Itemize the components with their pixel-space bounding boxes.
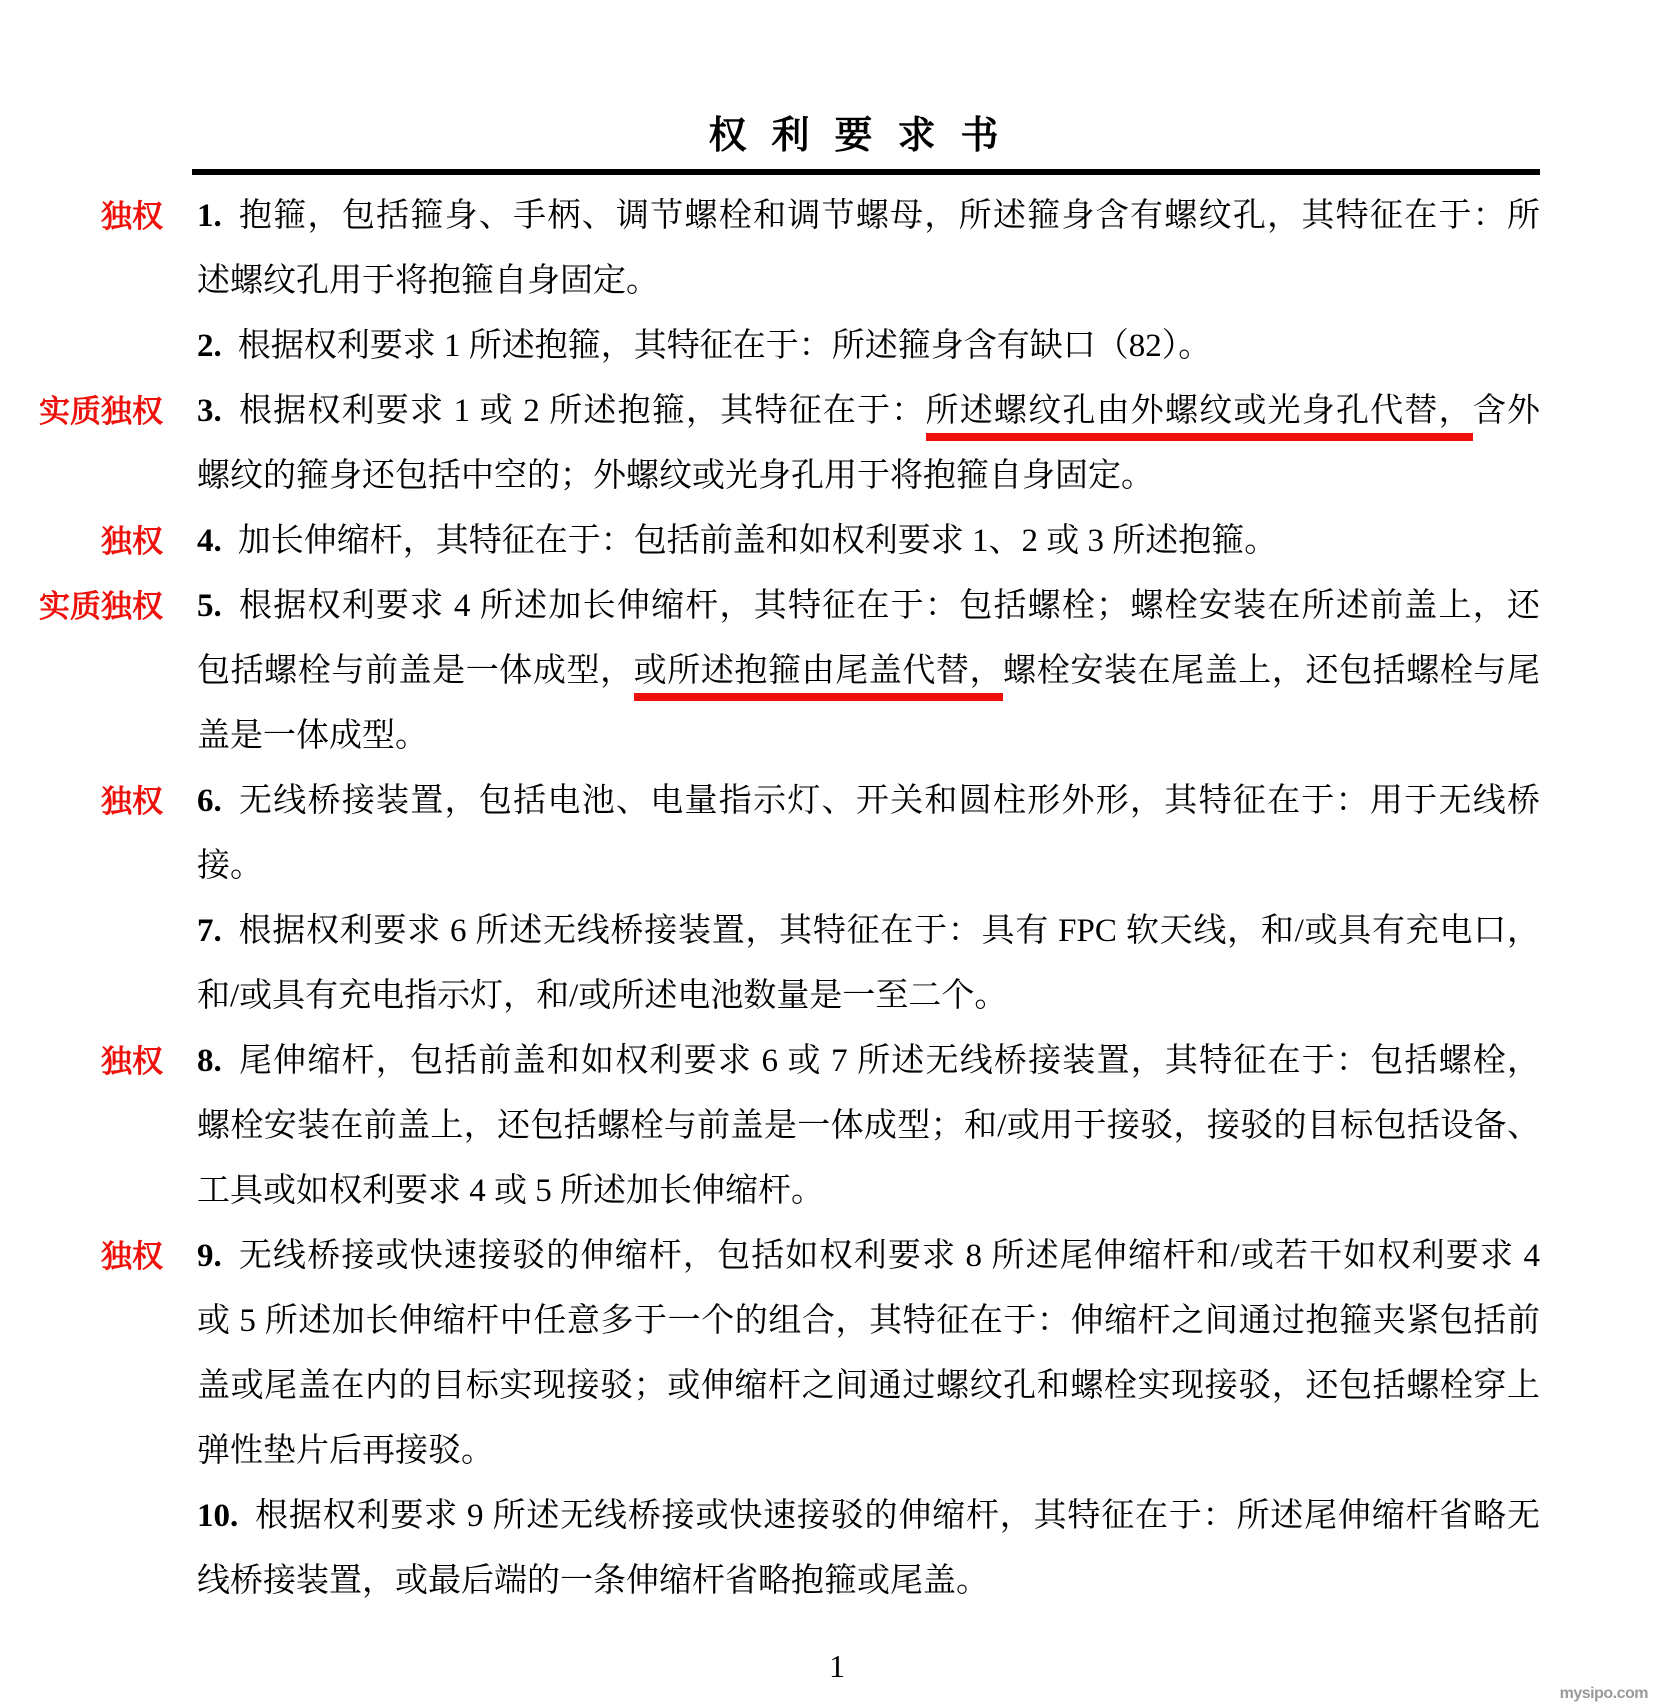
claim-text: 根据权利要求 9 所述无线桥接或快速接驳的伸缩杆，其特征在于：所述尾伸缩杆省略无 [254, 1498, 1540, 1534]
underlined-phrase: 所述螺纹孔由外螺纹或光身孔代替， [926, 393, 1473, 441]
claim-text: 工具或如权利要求 4 或 5 所述加长伸缩杆。 [197, 1173, 824, 1209]
claim-line: 接。 [197, 834, 1540, 899]
claim-text: 弹性垫片后再接驳。 [197, 1433, 494, 1469]
claim: 独权4.加长伸缩杆，其特征在于：包括前盖和如权利要求 1、2 或 3 所述抱箍。 [197, 509, 1540, 574]
claim-number: 7. [197, 913, 222, 949]
title-underline-rule [192, 169, 1540, 175]
claim-line: 10.根据权利要求 9 所述无线桥接或快速接驳的伸缩杆，其特征在于：所述尾伸缩杆… [197, 1484, 1540, 1549]
claim: 实质独权3.根据权利要求 1 或 2 所述抱箍，其特征在于：所述螺纹孔由外螺纹或… [197, 379, 1540, 509]
claim-text: 螺纹的箍身还包括中空的；外螺纹或光身孔用于将抱箍自身固定。 [197, 458, 1154, 494]
claim-text: 述螺纹孔用于将抱箍自身固定。 [197, 263, 659, 299]
patent-claims-page: { "title": "权利要求书", "page_number": "1", … [0, 0, 1654, 1707]
claim-text: 盖是一体成型。 [197, 718, 428, 754]
claim-text: 含外 [1473, 393, 1540, 429]
claim: 2.根据权利要求 1 所述抱箍，其特征在于：所述箍身含有缺口（82）。 [197, 314, 1540, 379]
claim-number: 10. [197, 1498, 238, 1534]
claim-margin-label: 实质独权 [39, 379, 163, 444]
claim-text: 螺栓安装在前盖上，还包括螺栓与前盖是一体成型；和/或用于接驳，接驳的目标包括设备… [197, 1108, 1540, 1144]
claim-margin-label: 独权 [101, 184, 163, 249]
claim-text: 无线桥接装置，包括电池、电量指示灯、开关和圆柱形外形，其特征在于：用于无线桥 [238, 783, 1540, 819]
claim-line: 盖或尾盖在内的目标实现接驳；或伸缩杆之间通过螺纹孔和螺栓实现接驳，还包括螺栓穿上 [197, 1354, 1540, 1419]
claim-text: 接。 [197, 848, 263, 884]
claim-text: 尾伸缩杆，包括前盖和如权利要求 6 或 7 所述无线桥接装置，其特征在于：包括螺… [238, 1043, 1540, 1079]
claim-number: 9. [197, 1238, 222, 1274]
page-title: 权利要求书 [192, 104, 1540, 159]
claim-text: 根据权利要求 4 所述加长伸缩杆，其特征在于：包括螺栓；螺栓安装在所述前盖上，还 [238, 588, 1540, 624]
claim-text: 包括螺栓与前盖是一体成型， [197, 653, 634, 689]
claim-line: 包括螺栓与前盖是一体成型，或所述抱箍由尾盖代替，螺栓安装在尾盖上，还包括螺栓与尾 [197, 639, 1540, 704]
claim-text: 根据权利要求 6 所述无线桥接装置，其特征在于：具有 FPC 软天线，和/或具有… [238, 913, 1540, 949]
claim: 独权1.抱箍，包括箍身、手柄、调节螺栓和调节螺母，所述箍身含有螺纹孔，其特征在于… [197, 184, 1540, 314]
claim-text: 无线桥接或快速接驳的伸缩杆，包括如权利要求 8 所述尾伸缩杆和/或若干如权利要求… [238, 1238, 1540, 1274]
claim-line: 5.根据权利要求 4 所述加长伸缩杆，其特征在于：包括螺栓；螺栓安装在所述前盖上… [197, 574, 1540, 639]
claim-margin-label: 独权 [101, 509, 163, 574]
claim-line: 2.根据权利要求 1 所述抱箍，其特征在于：所述箍身含有缺口（82）。 [197, 314, 1540, 379]
claim: 实质独权5.根据权利要求 4 所述加长伸缩杆，其特征在于：包括螺栓；螺栓安装在所… [197, 574, 1540, 769]
claim-line: 1.抱箍，包括箍身、手柄、调节螺栓和调节螺母，所述箍身含有螺纹孔，其特征在于：所 [197, 184, 1540, 249]
claim-text: 抱箍，包括箍身、手柄、调节螺栓和调节螺母，所述箍身含有螺纹孔，其特征在于：所 [238, 198, 1540, 234]
claim-line: 述螺纹孔用于将抱箍自身固定。 [197, 249, 1540, 314]
claim: 7.根据权利要求 6 所述无线桥接装置，其特征在于：具有 FPC 软天线，和/或… [197, 899, 1540, 1029]
page-number: 1 [192, 1648, 1482, 1685]
claim-text: 线桥接装置，或最后端的一条伸缩杆省略抱箍或尾盖。 [197, 1563, 989, 1599]
claim-text: 和/或具有充电指示灯，和/或所述电池数量是一至二个。 [197, 978, 1007, 1014]
claim-text: 或 5 所述加长伸缩杆中任意多于一个的组合，其特征在于：伸缩杆之间通过抱箍夹紧包… [197, 1303, 1540, 1339]
claim-number: 4. [197, 523, 222, 559]
claim-number: 2. [197, 328, 222, 364]
claim-margin-label: 实质独权 [39, 574, 163, 639]
claim: 独权9.无线桥接或快速接驳的伸缩杆，包括如权利要求 8 所述尾伸缩杆和/或若干如… [197, 1224, 1540, 1484]
claim-text: 盖或尾盖在内的目标实现接驳；或伸缩杆之间通过螺纹孔和螺栓实现接驳，还包括螺栓穿上 [197, 1368, 1540, 1404]
claim-line: 9.无线桥接或快速接驳的伸缩杆，包括如权利要求 8 所述尾伸缩杆和/或若干如权利… [197, 1224, 1540, 1289]
claim-line: 和/或具有充电指示灯，和/或所述电池数量是一至二个。 [197, 964, 1540, 1029]
claim-number: 8. [197, 1043, 222, 1079]
claim: 独权8.尾伸缩杆，包括前盖和如权利要求 6 或 7 所述无线桥接装置，其特征在于… [197, 1029, 1540, 1224]
claim-line: 8.尾伸缩杆，包括前盖和如权利要求 6 或 7 所述无线桥接装置，其特征在于：包… [197, 1029, 1540, 1094]
underlined-phrase: 或所述抱箍由尾盖代替， [634, 653, 1004, 701]
claim-text: 根据权利要求 1 所述抱箍，其特征在于：所述箍身含有缺口（82）。 [238, 328, 1212, 364]
claim-margin-label: 独权 [101, 1224, 163, 1289]
claim-line: 盖是一体成型。 [197, 704, 1540, 769]
claim-line: 4.加长伸缩杆，其特征在于：包括前盖和如权利要求 1、2 或 3 所述抱箍。 [197, 509, 1540, 574]
claim-line: 线桥接装置，或最后端的一条伸缩杆省略抱箍或尾盖。 [197, 1549, 1540, 1614]
watermark: mysipo.com [1560, 1685, 1648, 1703]
claim-line: 工具或如权利要求 4 或 5 所述加长伸缩杆。 [197, 1159, 1540, 1224]
claim-number: 1. [197, 198, 222, 234]
claim-number: 5. [197, 588, 222, 624]
claim-text: 根据权利要求 1 或 2 所述抱箍，其特征在于： [238, 393, 926, 429]
claims-list: 独权1.抱箍，包括箍身、手柄、调节螺栓和调节螺母，所述箍身含有螺纹孔，其特征在于… [197, 184, 1540, 1614]
claim-margin-label: 独权 [101, 1029, 163, 1094]
claim-line: 3.根据权利要求 1 或 2 所述抱箍，其特征在于：所述螺纹孔由外螺纹或光身孔代… [197, 379, 1540, 444]
claim-line: 7.根据权利要求 6 所述无线桥接装置，其特征在于：具有 FPC 软天线，和/或… [197, 899, 1540, 964]
claim-margin-label: 独权 [101, 769, 163, 834]
claim-number: 3. [197, 393, 222, 429]
claim: 10.根据权利要求 9 所述无线桥接或快速接驳的伸缩杆，其特征在于：所述尾伸缩杆… [197, 1484, 1540, 1614]
claim-line: 或 5 所述加长伸缩杆中任意多于一个的组合，其特征在于：伸缩杆之间通过抱箍夹紧包… [197, 1289, 1540, 1354]
claim-text: 加长伸缩杆，其特征在于：包括前盖和如权利要求 1、2 或 3 所述抱箍。 [238, 523, 1278, 559]
claim-number: 6. [197, 783, 222, 819]
claim: 独权6.无线桥接装置，包括电池、电量指示灯、开关和圆柱形外形，其特征在于：用于无… [197, 769, 1540, 899]
claim-text: 螺栓安装在尾盖上，还包括螺栓与尾 [1003, 653, 1540, 689]
claim-line: 螺栓安装在前盖上，还包括螺栓与前盖是一体成型；和/或用于接驳，接驳的目标包括设备… [197, 1094, 1540, 1159]
claim-line: 弹性垫片后再接驳。 [197, 1419, 1540, 1484]
claim-line: 6.无线桥接装置，包括电池、电量指示灯、开关和圆柱形外形，其特征在于：用于无线桥 [197, 769, 1540, 834]
claim-line: 螺纹的箍身还包括中空的；外螺纹或光身孔用于将抱箍自身固定。 [197, 444, 1540, 509]
